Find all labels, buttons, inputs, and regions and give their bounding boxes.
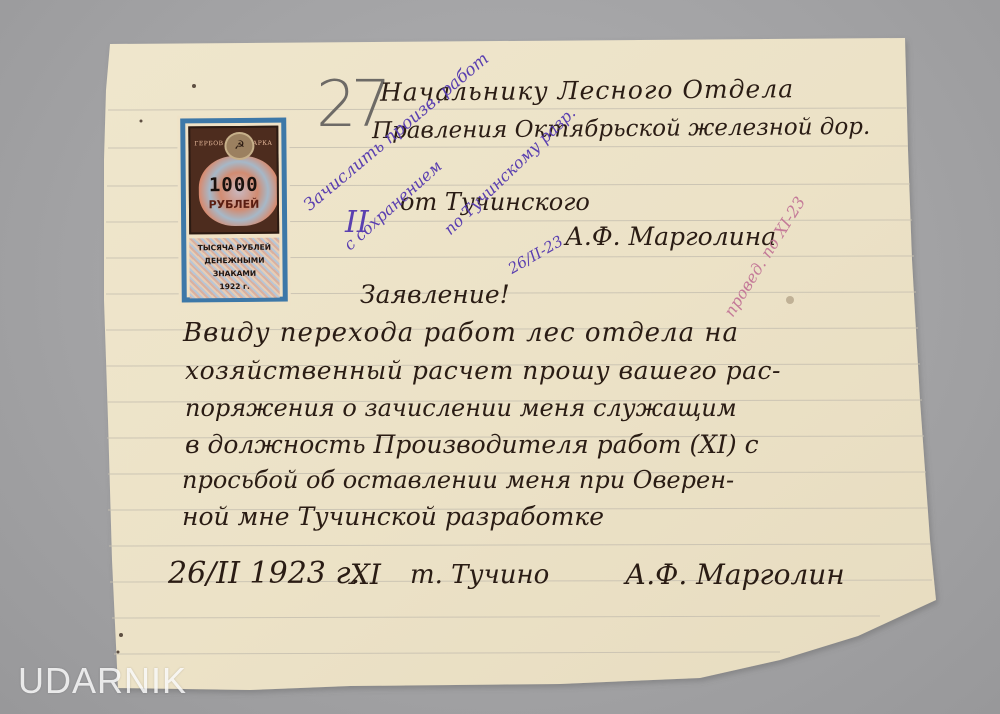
body-line-5: просьбой об оставлении меня при Оверен-	[182, 466, 734, 494]
stamp-text-line: ДЕНЕЖНЫМИ	[189, 254, 279, 268]
stamp-text-line: ЗНАКАМИ	[189, 267, 279, 281]
footer-date: 26/II 1923 г.	[168, 556, 360, 591]
stamp-frame: ГЕРБОВ МАРКА ☭ 1000 РУБЛЕЙ ТЫСЯЧА РУБЛЕЙ…	[180, 118, 288, 303]
hammer-sickle-emblem-icon: ☭	[224, 132, 254, 160]
addressee-line-2: Правления Октябрьской железной дор.	[372, 114, 870, 144]
body-line-1: Ввиду перехода работ лес отдела на	[183, 318, 739, 348]
watermark: UDARNIK	[18, 660, 187, 702]
document-sheet: ГЕРБОВ МАРКА ☭ 1000 РУБЛЕЙ ТЫСЯЧА РУБЛЕЙ…	[0, 0, 1000, 714]
footer-grade: XI	[350, 558, 381, 591]
stamp-text-line: 1922 г.	[190, 280, 280, 294]
stamp-upper-panel: ГЕРБОВ МАРКА ☭ 1000 РУБЛЕЙ	[188, 126, 279, 235]
document-title: Заявление!	[360, 280, 510, 309]
body-line-3: поряжения о зачислении меня служащим	[185, 394, 737, 422]
body-line-2: хозяйственный расчет прошу вашего рас-	[185, 356, 781, 385]
stamp-unit: РУБЛЕЙ	[191, 198, 277, 212]
stamp-lower-panel: ТЫСЯЧА РУБЛЕЙ ДЕНЕЖНЫМИ ЗНАКАМИ 1922 г.	[189, 238, 280, 299]
sender-line-2: А.Ф. Марголина	[565, 222, 776, 251]
stamp-value: 1000	[191, 174, 277, 197]
stamp-text-line: ТЫСЯЧА РУБЛЕЙ	[189, 241, 279, 255]
body-line-6: ной мне Тучинской разработке	[182, 502, 604, 531]
stamp-ribbon-left: ГЕРБОВ	[194, 140, 223, 147]
revenue-stamp: ГЕРБОВ МАРКА ☭ 1000 РУБЛЕЙ ТЫСЯЧА РУБЛЕЙ…	[177, 115, 291, 306]
footer-place: т. Тучино	[410, 560, 549, 590]
resolution-mark: II	[345, 205, 369, 240]
body-line-4: в должность Производителя работ (XI) с	[185, 430, 759, 459]
footer-signature: А.Ф. Марголин	[625, 558, 845, 591]
